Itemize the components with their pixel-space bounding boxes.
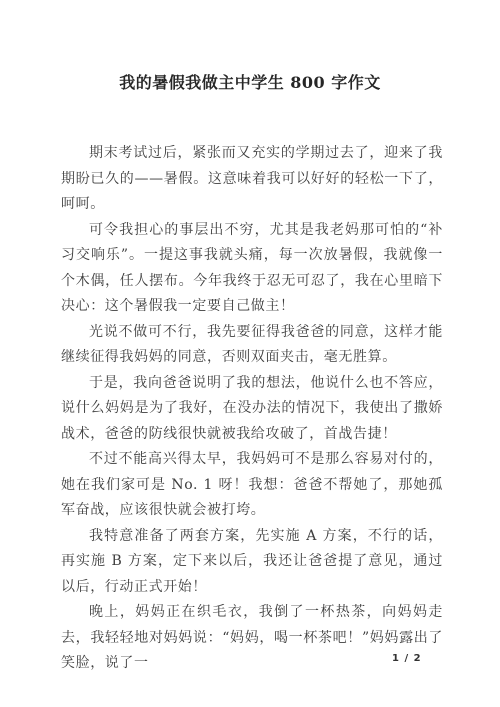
- document-page: 我的暑假我做主中学生 800 字作文 期末考试过后，紧张而又充实的学期过去了，迎…: [0, 0, 500, 707]
- essay-paragraph: 不过不能高兴得太早，我妈妈可不是那么容易对付的，她在我们家可是 No. 1 呀！…: [61, 447, 443, 524]
- essay-body: 期末考试过后，紧张而又充实的学期过去了，迎来了我期盼已久的——暑假。这意味着我可…: [61, 141, 443, 677]
- essay-paragraph: 可令我担心的事层出不穷，尤其是我老妈那可怕的“补习交响乐”。一提这事我就头痛，每…: [61, 218, 443, 320]
- page-indicator: 1 / 2: [392, 653, 422, 664]
- essay-paragraph: 晚上，妈妈正在织毛衣，我倒了一杯热茶，向妈妈走去，我轻轻地对妈妈说：“妈妈，喝一…: [61, 600, 443, 677]
- essay-paragraph: 我特意准备了两套方案，先实施 A 方案，不行的话，再实施 B 方案，定下来以后，…: [61, 524, 443, 601]
- essay-paragraph: 光说不做可不行，我先要征得我爸爸的同意，这样才能继续征得我妈妈的同意，否则双面夹…: [61, 320, 443, 371]
- essay-title: 我的暑假我做主中学生 800 字作文: [0, 70, 500, 93]
- essay-paragraph: 于是，我向爸爸说明了我的想法，他说什么也不答应，说什么妈妈是为了我好，在没办法的…: [61, 371, 443, 448]
- essay-paragraph: 期末考试过后，紧张而又充实的学期过去了，迎来了我期盼已久的——暑假。这意味着我可…: [61, 141, 443, 218]
